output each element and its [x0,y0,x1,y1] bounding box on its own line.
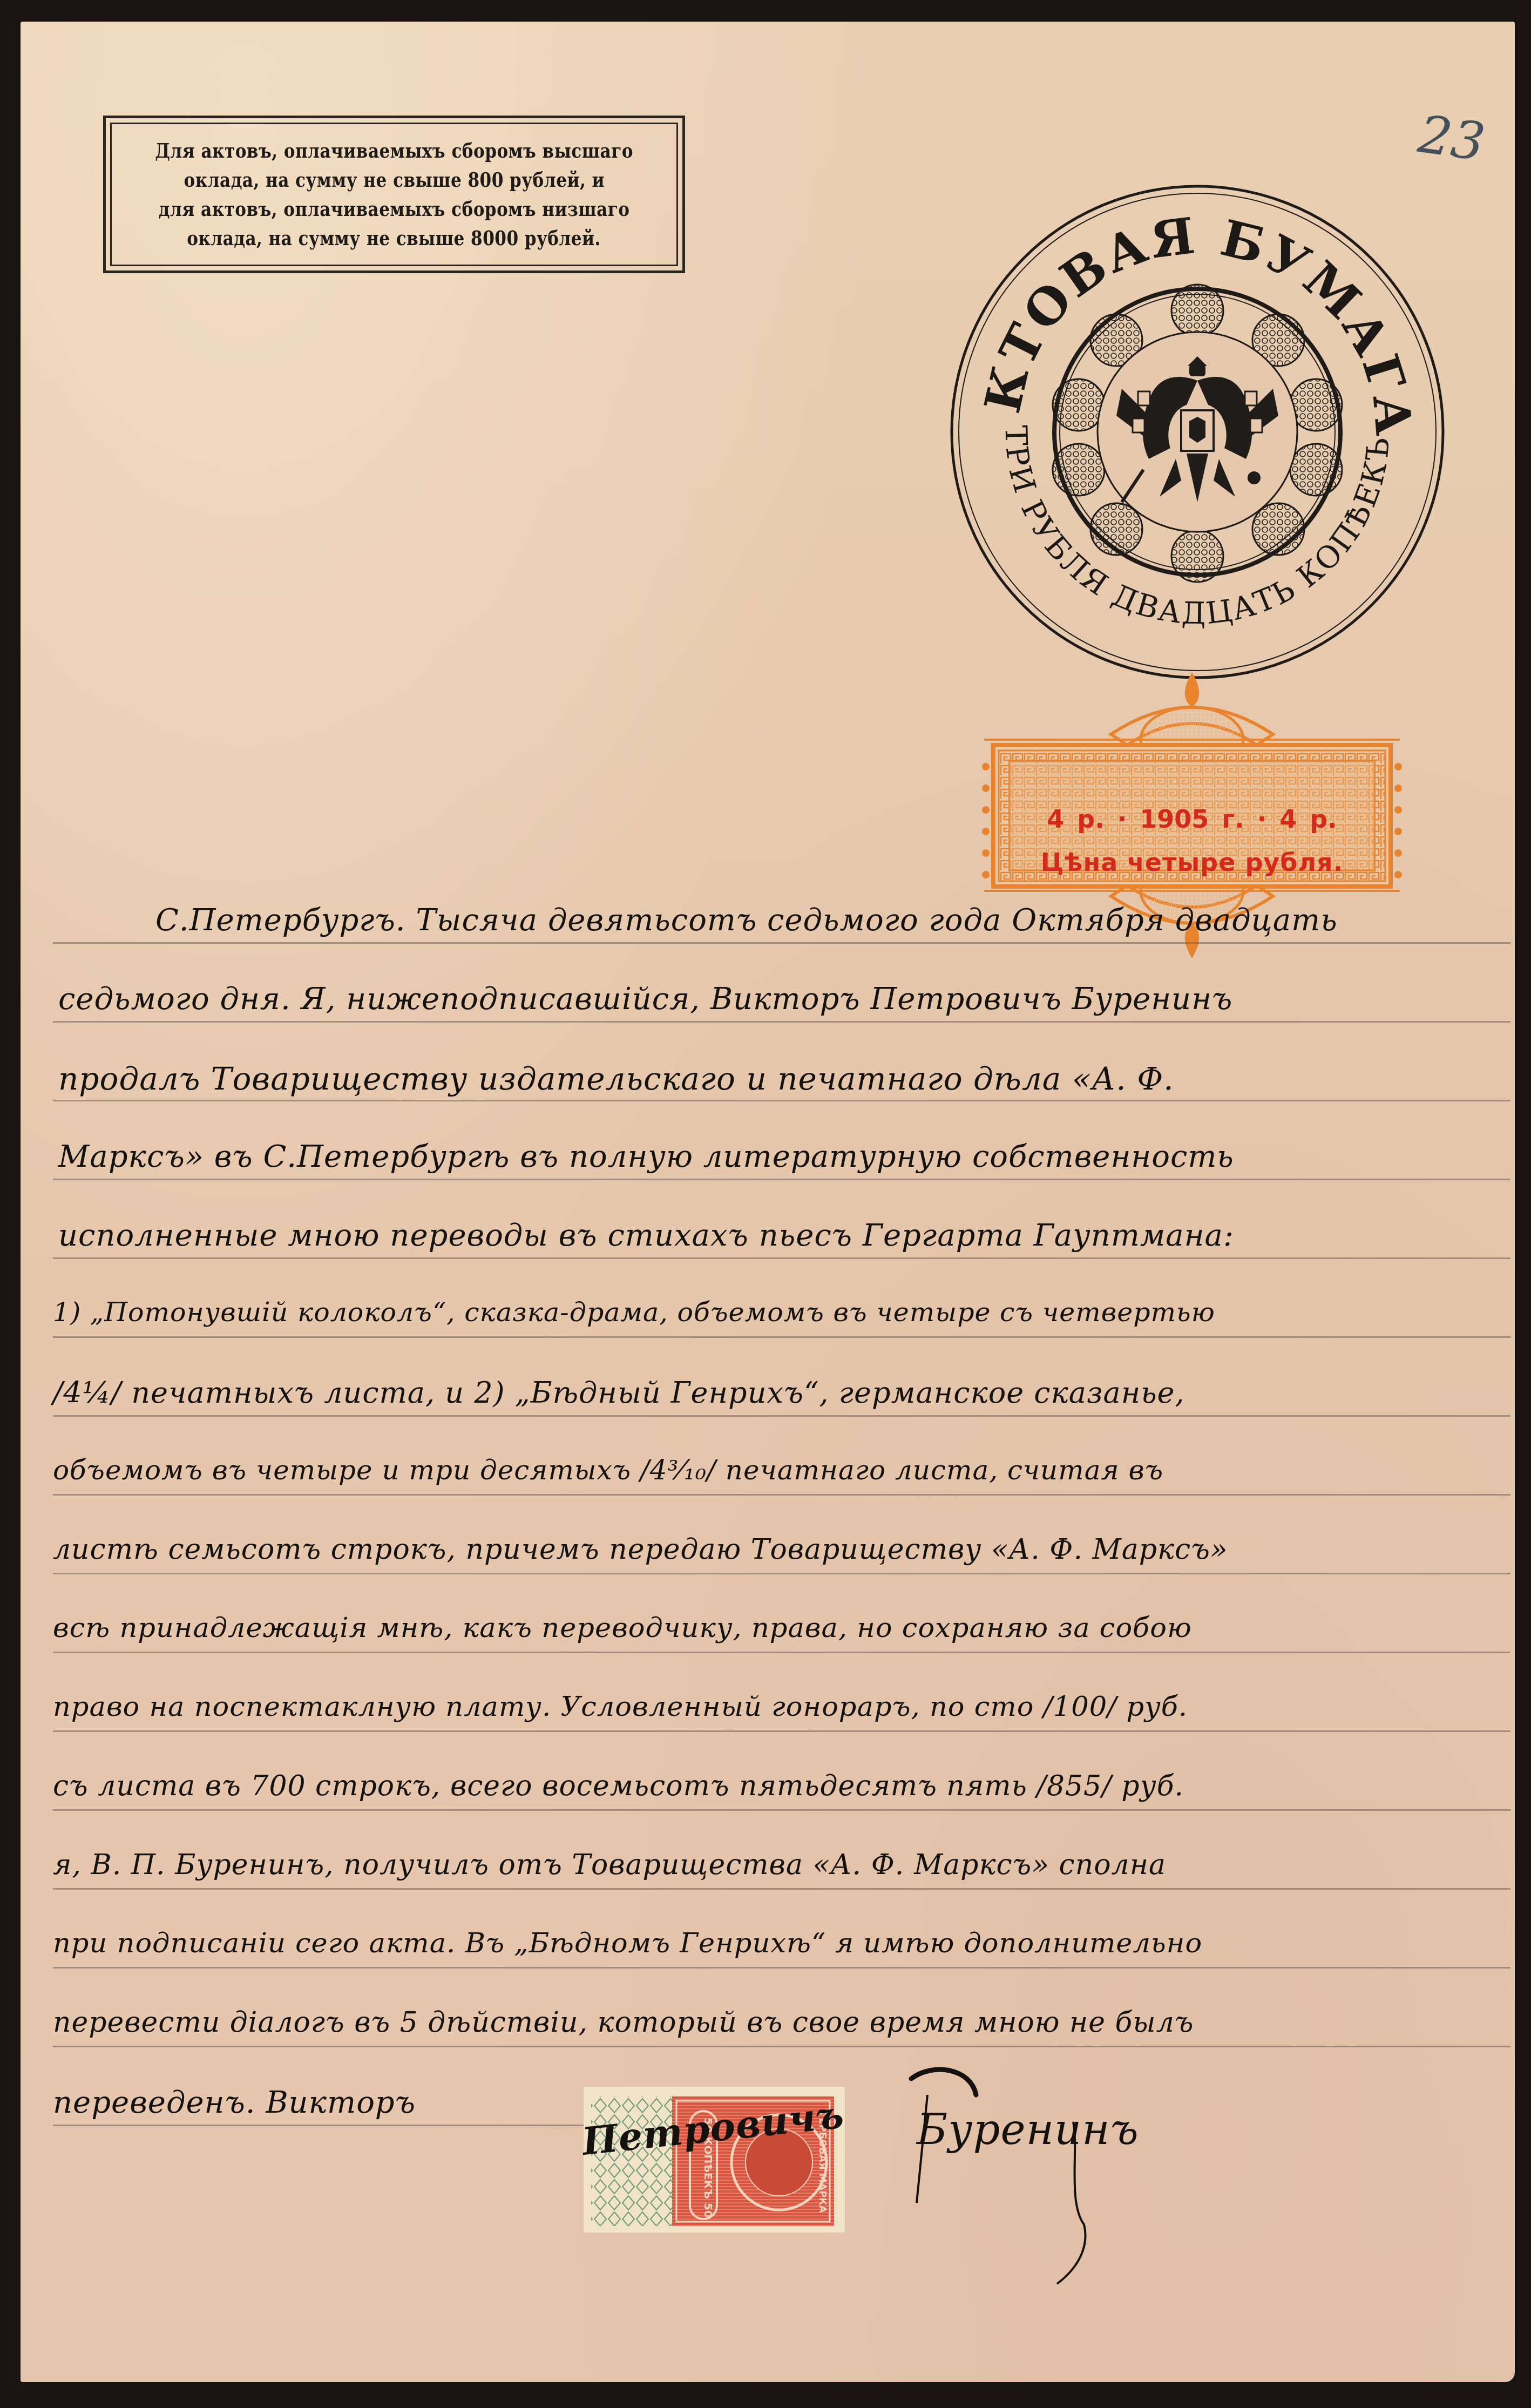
handwritten-line: при подписаніи сего акта. Въ „Бѣдномъ Ге… [53,1927,1202,1959]
ruled-line [53,2125,593,2126]
ruled-line [53,1730,1510,1732]
signature-surname: Буренинъ [917,2106,1139,2154]
ruled-line [53,1257,1510,1259]
price-label: Цѣна четыре рубля. [976,848,1408,877]
handwritten-line: листѣ семьсотъ строкъ, причемъ передаю Т… [53,1533,1228,1566]
handwritten-line: перевести діалогъ въ 5 дѣйствіи, который… [53,2006,1194,2039]
handwritten-line: 1) „Потонувшій колоколъ“, сказка-драма, … [53,1297,1215,1328]
ruled-line [53,1100,1510,1101]
handwritten-line: /4¼/ печатныхъ листа, и 2) „Бѣдный Генри… [53,1376,1185,1410]
handwritten-line: объемомъ въ четыре и три десятыхъ /4³⁄₁₀… [53,1455,1163,1486]
ruled-line [53,2046,1510,2047]
ruled-line [53,1652,1510,1653]
notice-line: для актовъ, оплачиваемыхъ сборомъ низшаг… [159,194,630,224]
notice-line: оклада, на сумму не свыше 8000 рублей. [187,224,601,253]
ruled-line [53,1415,1510,1417]
handwritten-line: седьмого дня. Я, нижеподписавшійся, Викт… [58,982,1232,1017]
ruled-line [53,942,1510,944]
handwritten-line: продалъ Товариществу издательскаго и печ… [58,1060,1174,1097]
signature-flourish [895,2062,1197,2289]
handwritten-line: съ листа въ 700 строкъ, всего восемьсотъ… [53,1770,1184,1802]
signature: Буренинъ [895,2062,1197,2289]
ruled-line [53,1809,1510,1811]
notice-line: Для актовъ, оплачиваемыхъ сборомъ высшаг… [155,136,633,165]
ruled-line [53,1573,1510,1574]
ruled-line [53,1021,1510,1023]
handwritten-line: право на поспектаклную плату. Условленны… [53,1691,1188,1723]
handwritten-line: переведенъ. Викторъ [53,2085,416,2120]
deed-paper-seal: АКТОВАЯ БУМАГА. ТРИ РУБЛЯ ДВАДЦАТЬ КОПѢЕ… [944,178,1451,686]
printed-notice-box: Для актовъ, оплачиваемыхъ сборомъ высшаг… [103,116,685,273]
ruled-line [53,1888,1510,1890]
notice-line: оклада, на сумму не свыше 800 рублей, и [184,165,604,194]
ruled-line [53,1179,1510,1180]
deed-paper-sheet: 23 Для актовъ, оплачиваемыхъ сборомъ выс… [21,22,1515,2382]
printed-notice-inner: Для актовъ, оплачиваемыхъ сборомъ высшаг… [110,123,678,266]
handwritten-line: С.Петербургъ. Тысяча девятьсотъ седьмого… [155,903,1338,938]
ruled-line [53,1336,1510,1338]
handwritten-line: всѣ принадлежащія мнѣ, какъ переводчику,… [53,1612,1192,1644]
handwritten-line: я, В. П. Буренинъ, получилъ отъ Товарище… [53,1849,1166,1881]
ruled-line [53,1494,1510,1496]
price-year-row: 4 р. · 1905 г. · 4 р. [976,804,1408,834]
handwritten-line: Марксъ» въ С.Петербургѣ въ полную литера… [58,1139,1234,1174]
handwritten-line: исполненные мною переводы въ стихахъ пье… [58,1218,1234,1253]
ruled-line [53,1967,1510,1969]
revenue-stamp: 50 КОПѢЕКЪ 50 ГЕРБОВАЯ МАРКА Петровичъ [579,2081,849,2238]
folio-number: 23 [1415,104,1489,173]
